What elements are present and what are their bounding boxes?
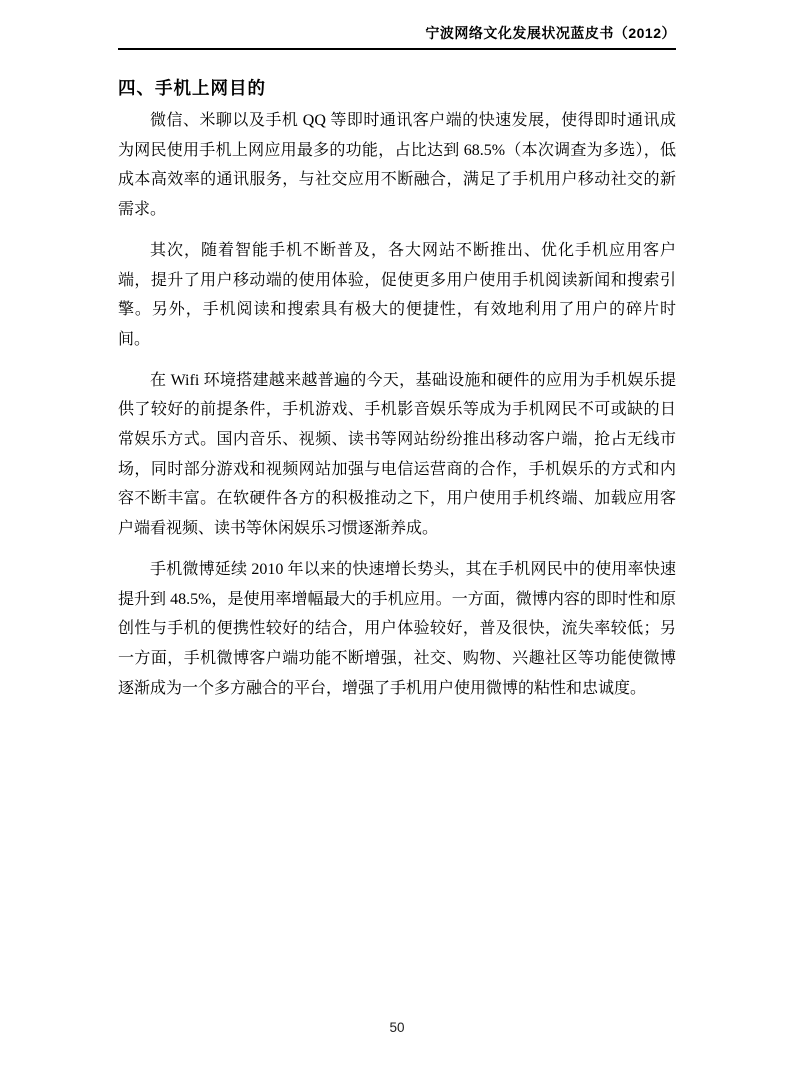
body-paragraph: 在 Wifi 环境搭建越来越普遍的今天，基础设施和硬件的应用为手机娱乐提供了较好… [118, 366, 676, 544]
page-footer: 50 [0, 1020, 794, 1035]
running-header-title: 宁波网络文化发展状况蓝皮书（2012） [425, 25, 676, 41]
body-paragraph: 微信、米聊以及手机 QQ 等即时通讯客户端的快速发展，使得即时通讯成为网民使用手… [118, 106, 676, 225]
page-content: 宁波网络文化发展状况蓝皮书（2012） 四、手机上网目的 微信、米聊以及手机 Q… [118, 0, 676, 714]
document-page: { "page": { "header": { "title": "宁波网络文化… [0, 0, 794, 1077]
body-paragraph: 其次，随着智能手机不断普及，各大网站不断推出、优化手机应用客户端，提升了用户移动… [118, 236, 676, 355]
page-number: 50 [389, 1020, 404, 1035]
section-heading: 四、手机上网目的 [118, 77, 676, 99]
body-text: 微信、米聊以及手机 QQ 等即时通讯客户端的快速发展，使得即时通讯成为网民使用手… [118, 106, 676, 703]
body-paragraph: 手机微博延续 2010 年以来的快速增长势头，其在手机网民中的使用率快速提升到 … [118, 555, 676, 704]
running-header: 宁波网络文化发展状况蓝皮书（2012） [118, 0, 676, 50]
